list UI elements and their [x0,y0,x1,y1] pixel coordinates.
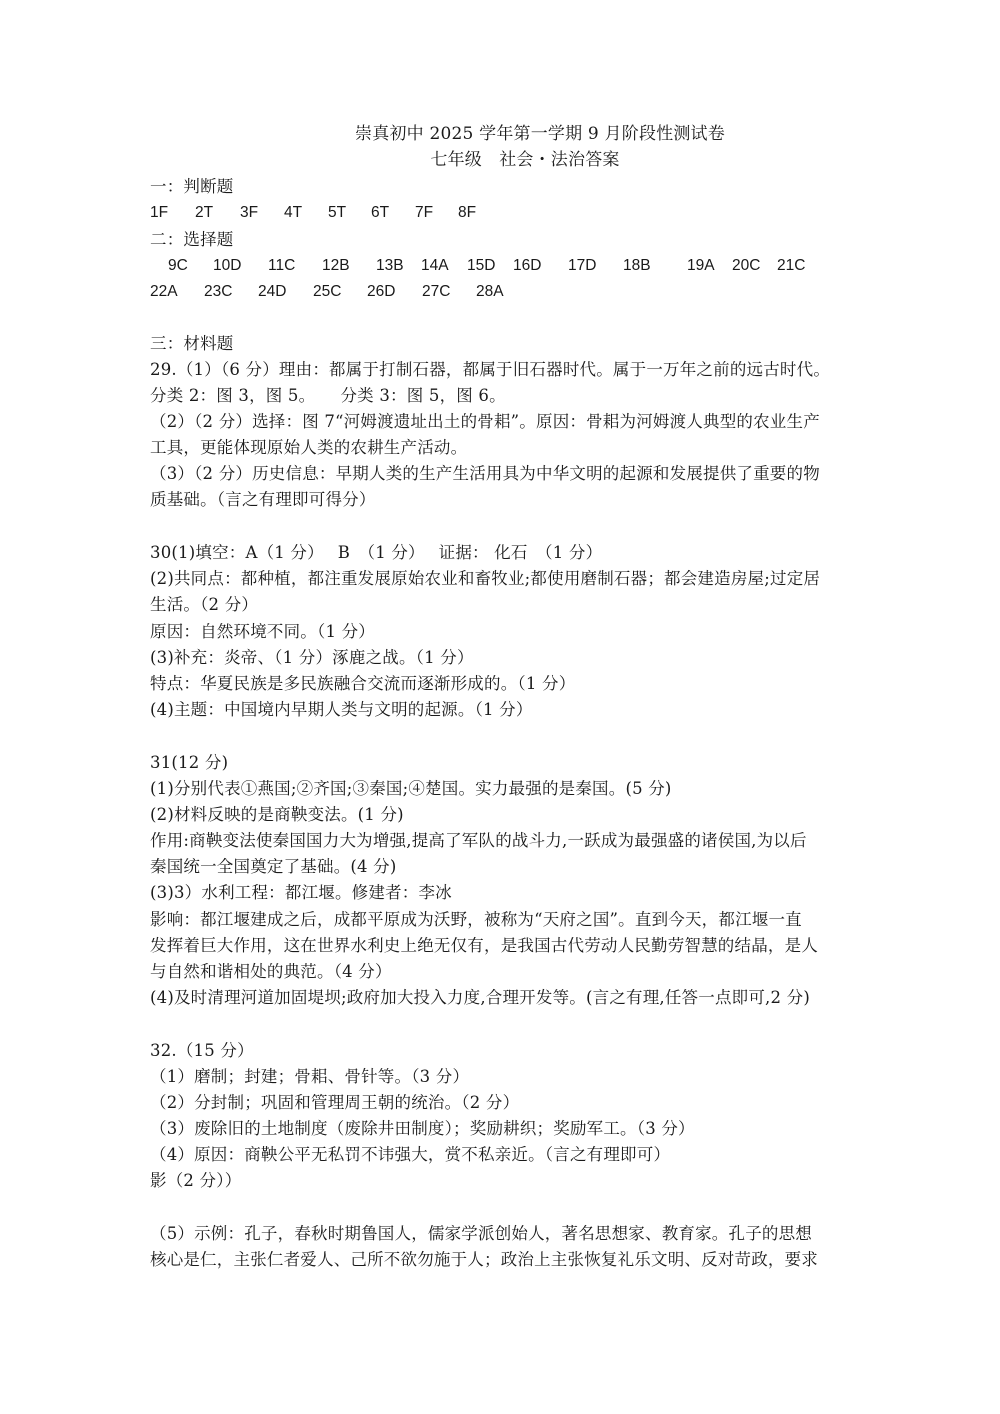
answer-item: 1F [150,200,168,226]
q32-line: （3）废除旧的土地制度（废除井田制度）；奖励耕织；奖励军工。（3 分） [150,1116,860,1142]
q30-line: 生活。（2 分） [150,592,860,618]
q30-line: (4)主题：中国境内早期人类与文明的起源。（1 分） [150,697,860,723]
q30-line: (2)共同点：都种植，都注重发展原始农业和畜牧业;都使用磨制石器；都会建造房屋;… [150,566,860,592]
q30-line: (3)补充：炎帝、（1 分）涿鹿之战。（1 分） [150,645,860,671]
answer-item: 9C [168,253,188,279]
section-judgment-heading: 一：判断题 [150,174,860,200]
q31-line: 秦国统一全国奠定了基础。(4 分) [150,854,860,880]
answer-item: 6T [371,200,389,226]
answer-sheet-page: 崇真初中 2025 学年第一学期 9 月阶段性测试卷 七年级 社会・法治答案 一… [0,0,1000,1414]
q29-line: 29.（1）（6 分）理由：都属于打制石器，都属于旧石器时代。属于一万年之前的远… [150,357,860,383]
q31-line: (4)及时清理河道加固堤坝;政府加大投入力度,合理开发等。(言之有理,任答一点即… [150,985,860,1011]
answer-item: 25C [313,279,341,305]
section-choice-heading: 二：选择题 [150,227,860,253]
q31-line: (2)材料反映的是商鞅变法。(1 分) [150,802,860,828]
q29-line: 分类 2：图 3，图 5。 分类 3：图 5，图 6。 [150,383,860,409]
q32-line: （5）示例：孔子，春秋时期鲁国人，儒家学派创始人，著名思想家、教育家。孔子的思想 [150,1221,860,1247]
document-subtitle: 七年级 社会・法治答案 [0,147,1000,173]
answer-item: 18B [623,253,651,279]
answer-item: 23C [204,279,232,305]
document-title: 崇真初中 2025 学年第一学期 9 月阶段性测试卷 [0,121,1000,147]
answer-item: 28A [476,279,504,305]
q31-line: 31(12 分) [150,750,860,776]
q32-line: 影（2 分）） [150,1168,860,1194]
answer-item: 7F [415,200,433,226]
q31-line: 与自然和谐相处的典范。（4 分） [150,959,860,985]
q31-line: (3)3）水利工程：都江堰。修建者：李冰 [150,880,860,906]
q31-line: 发挥着巨大作用，这在世界水利史上绝无仅有，是我国古代劳动人民勤劳智慧的结晶，是人 [150,933,860,959]
q32-line: 核心是仁，主张仁者爱人、己所不欲勿施于人；政治上主张恢复礼乐文明、反对苛政，要求 [150,1247,860,1273]
answer-item: 21C [777,253,805,279]
answer-item: 2T [195,200,213,226]
q32-line: 32.（15 分） [150,1038,860,1064]
q30-line: 原因：自然环境不同。（1 分） [150,619,860,645]
answer-item: 5T [328,200,346,226]
q29-line: （2）（2 分）选择：图 7“河姆渡遗址出土的骨耜”。原因：骨耜为河姆渡人典型的… [150,409,860,435]
answer-item: 4T [284,200,302,226]
answer-item: 11C [268,253,295,279]
answer-item: 8F [458,200,476,226]
answer-item: 10D [213,253,241,279]
answer-item: 16D [513,253,541,279]
q31-line: 作用:商鞅变法使秦国国力大为增强,提高了军队的战斗力,一跃成为最强盛的诸侯国,为… [150,828,860,854]
q32-line: （1）磨制；封建；骨耜、骨针等。（3 分） [150,1064,860,1090]
answer-item: 24D [258,279,286,305]
answer-item: 12B [322,253,350,279]
answer-item: 14A [421,253,449,279]
q29-line: 工具，更能体现原始人类的农耕生产活动。 [150,435,860,461]
q32-line: （4）原因：商鞅公平无私罚不讳强大，赏不私亲近。（言之有理即可） [150,1142,860,1168]
q30-line: 30(1)填空：A（1 分） B （1 分） 证据： 化石 （1 分） [150,540,860,566]
answer-item: 22A [150,279,178,305]
answer-item: 13B [376,253,404,279]
answer-item: 27C [422,279,450,305]
answer-item: 3F [240,200,258,226]
q31-line: 影响：都江堰建成之后，成都平原成为沃野，被称为“天府之国”。直到今天，都江堰一直 [150,907,860,933]
q32-line: （2）分封制；巩固和管理周王朝的统治。（2 分） [150,1090,860,1116]
answer-item: 26D [367,279,395,305]
q29-line: 质基础。（言之有理即可得分） [150,487,860,513]
q30-line: 特点：华夏民族是多民族融合交流而逐渐形成的。（1 分） [150,671,860,697]
answer-item: 19A [687,253,715,279]
section-material-heading: 三：材料题 [150,331,860,357]
q31-line: (1)分别代表①燕国;②齐国;③秦国;④楚国。实力最强的是秦国。(5 分) [150,776,860,802]
answer-item: 20C [732,253,760,279]
q29-line: （3）（2 分）历史信息：早期人类的生产生活用具为中华文明的起源和发展提供了重要… [150,461,860,487]
answer-item: 17D [568,253,596,279]
answer-item: 15D [467,253,495,279]
